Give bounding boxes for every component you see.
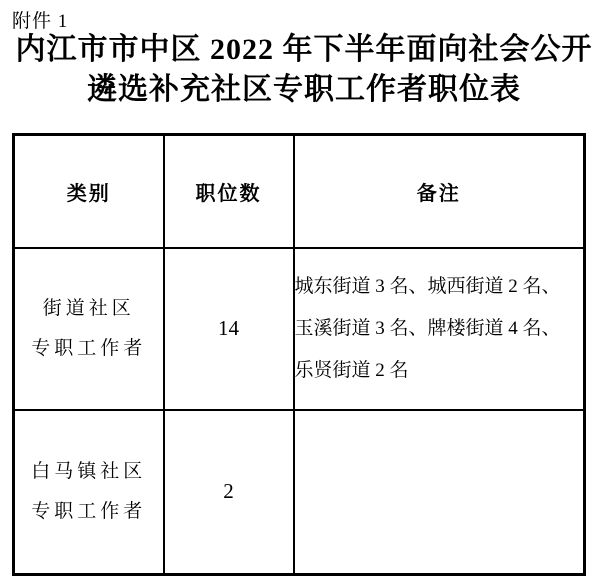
category-line: 专职工作者 <box>15 492 163 532</box>
cell-category: 白马镇社区 专职工作者 <box>14 410 164 575</box>
cell-position-count: 2 <box>164 410 294 575</box>
page-title-line-2: 遴选补充社区专职工作者职位表 <box>0 70 608 110</box>
table-row-baima-town: 白马镇社区 专职工作者 2 <box>14 410 585 575</box>
remark-line: 玉溪街道 3 名、牌楼街道 4 名、 <box>295 308 584 350</box>
header-position-count: 职位数 <box>164 135 294 248</box>
category-line: 街道社区 <box>15 289 163 329</box>
remark-line: 乐贤街道 2 名 <box>295 350 584 392</box>
header-category: 类别 <box>14 135 164 248</box>
category-line: 专职工作者 <box>15 329 163 369</box>
table-row-street-community: 街道社区 专职工作者 14 城东街道 3 名、城西街道 2 名、 玉溪街道 3 … <box>14 248 585 410</box>
cell-position-count: 14 <box>164 248 294 410</box>
header-remarks: 备注 <box>294 135 585 248</box>
page-title-line-1: 内江市市中区 2022 年下半年面向社会公开 <box>0 30 608 70</box>
cell-remarks: 城东街道 3 名、城西街道 2 名、 玉溪街道 3 名、牌楼街道 4 名、 乐贤… <box>294 248 585 410</box>
table-header-row: 类别 职位数 备注 <box>14 135 585 248</box>
category-line: 白马镇社区 <box>15 452 163 492</box>
remark-line: 城东街道 3 名、城西街道 2 名、 <box>295 266 584 308</box>
positions-table: 类别 职位数 备注 街道社区 专职工作者 14 城东街道 3 名、城西街道 2 … <box>12 133 586 576</box>
page-title: 内江市市中区 2022 年下半年面向社会公开 遴选补充社区专职工作者职位表 <box>0 30 608 110</box>
cell-remarks-empty <box>294 410 585 575</box>
attachment-label: 附件 1 <box>12 6 68 33</box>
cell-category: 街道社区 专职工作者 <box>14 248 164 410</box>
